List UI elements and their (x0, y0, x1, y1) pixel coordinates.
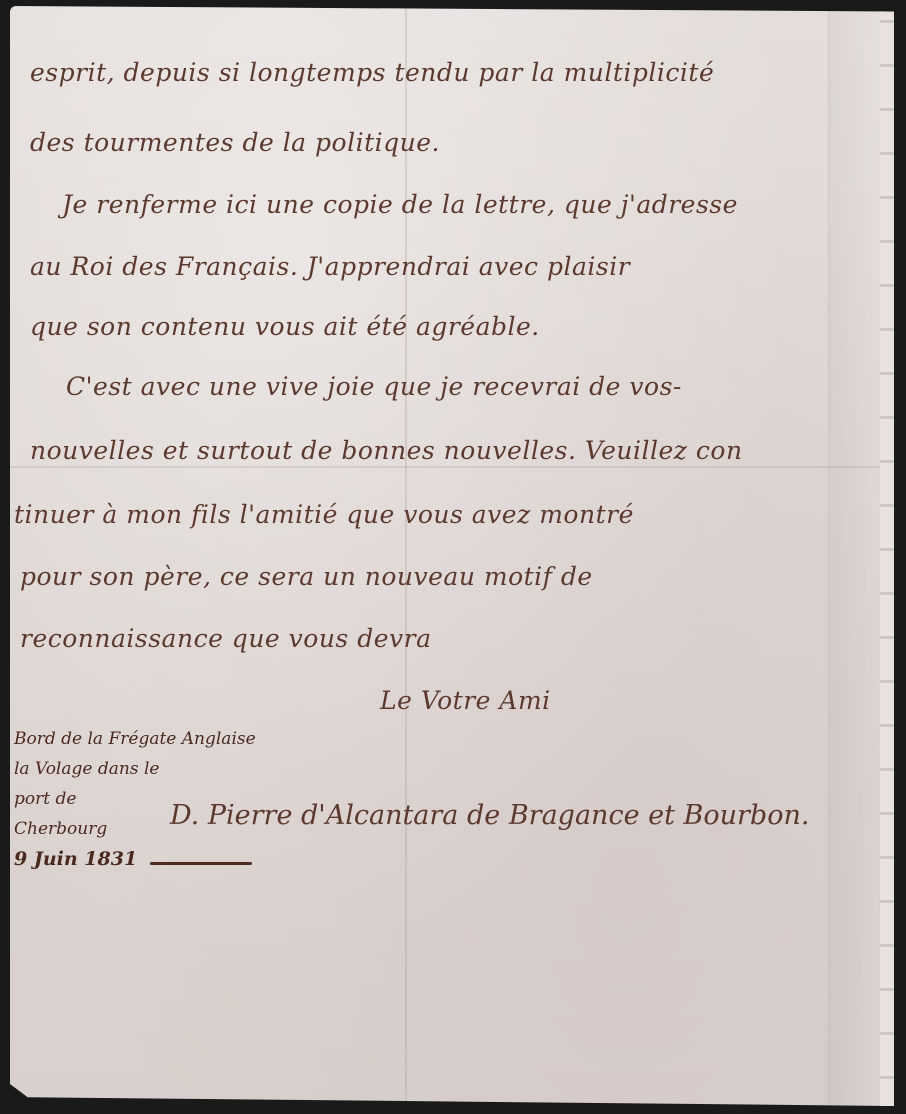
letter-line: reconnaissance que vous devra (20, 624, 432, 653)
signature: D. Pierre d'Alcantara de Bragance et Bou… (170, 800, 809, 831)
date-underline-stroke (150, 862, 252, 865)
letter-line: nouvelles et surtout de bonnes nouvelles… (30, 436, 743, 465)
letter-line: esprit, depuis si longtemps tendu par la… (30, 58, 714, 87)
letter-line: Je renferme ici une copie de la lettre, … (62, 190, 738, 219)
torn-right-edge (880, 6, 894, 1106)
horizontal-fold-crease (10, 466, 894, 468)
letter-line: tinuer à mon fils l'amitié que vous avez… (14, 500, 634, 529)
place-line-2: la Volage dans le (14, 754, 256, 784)
letter-page (10, 6, 894, 1106)
place-date-block: Bord de la Frégate Anglaise la Volage da… (14, 724, 256, 874)
letter-line: pour son père, ce sera un nouveau motif … (20, 562, 593, 591)
place-line-1: Bord de la Frégate Anglaise (14, 724, 256, 754)
letter-line: que son contenu vous ait été agréable. (30, 312, 540, 341)
letter-date: 9 Juin 1831 (14, 844, 256, 874)
letter-line: C'est avec une vive joie que je recevrai… (66, 372, 682, 401)
vertical-fold-crease (405, 6, 407, 1106)
closing-salutation: Le Votre Ami (380, 686, 551, 715)
letter-line: des tourmentes de la politique. (30, 128, 440, 157)
letter-line: au Roi des Français. J'apprendrai avec p… (30, 252, 630, 281)
